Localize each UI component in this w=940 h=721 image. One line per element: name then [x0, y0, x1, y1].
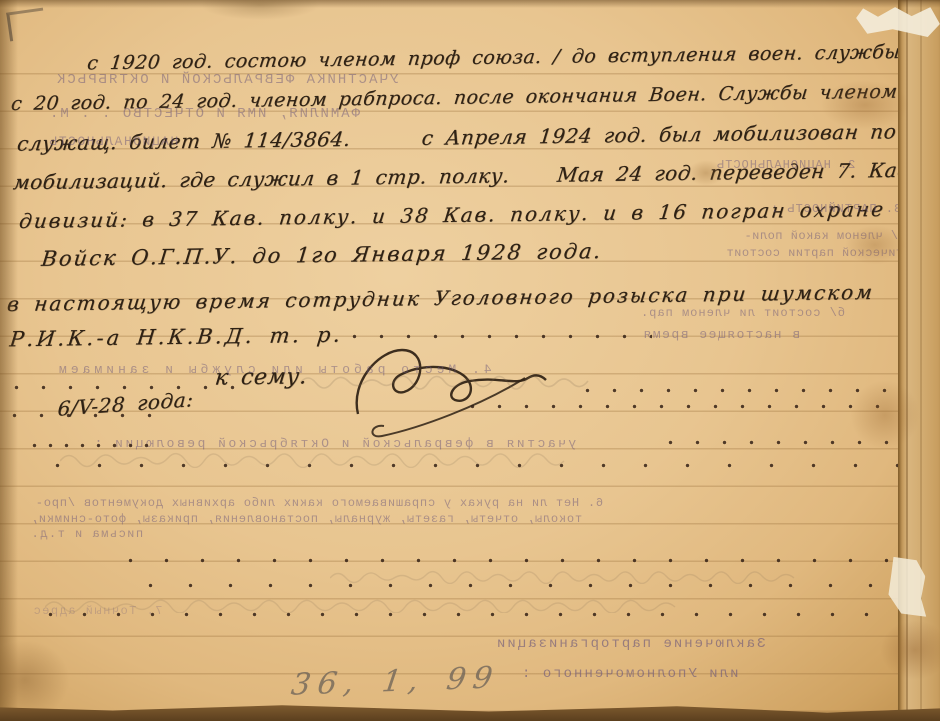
pencil-page-number: 36, 1, 99 — [289, 660, 502, 702]
page-bottom-edge — [0, 700, 940, 721]
bleedthrough-line: участия в февральской и Октябрьской рево… — [92, 436, 576, 451]
bleedthrough-line: а/ членом какой поли- — [744, 229, 906, 243]
dotted-line — [470, 404, 928, 409]
bleedthrough-line: в настоящее время — [642, 327, 800, 342]
page-top-edge-shadow — [0, 0, 940, 8]
bleedthrough-line: тической партии состоит — [726, 246, 903, 260]
bleedthrough-line: или Уполномоченного : — [520, 666, 738, 682]
dotted-line — [128, 558, 928, 563]
dotted-line — [14, 385, 246, 390]
dotted-line — [352, 334, 652, 339]
page-left-edge-shadow — [0, 0, 18, 721]
handwritten-line: с 1920 год. состою членом проф союза. / … — [86, 40, 940, 75]
bleedthrough-line: 3. ПАРТИЙНОСТЬ : — [770, 202, 901, 216]
bleedthrough-line: УЧАСТНИКА ФЕВРАЛЬСКОЙ И ОКТЯБРЬСК — [55, 72, 398, 88]
bleedthrough-line: ФАМИЛИЯ, ИМЯ И ОТЧЕСТВО . . М. — [48, 106, 360, 122]
dotted-line — [32, 443, 152, 448]
bleedthrough-line: 6. Нет ли на руках у спрашиваемого каких… — [35, 496, 603, 510]
handwritten-line: Войск О.Г.П.У. до 1го Января 1928 года. — [40, 239, 603, 271]
dotted-line — [585, 388, 930, 393]
faint-scribble — [60, 450, 580, 468]
dotted-line — [668, 440, 926, 445]
bleedthrough-line: токолы, отчеты, газеты, журналы, постано… — [30, 512, 582, 526]
bleedthrough-line: НАЦИОНАЛЬНОСТЬ — [48, 134, 178, 149]
bleedthrough-line: письма и т.д. — [30, 527, 143, 541]
bleedthrough-line: Заключение парторганизации — [495, 636, 765, 652]
dotted-line — [12, 413, 170, 418]
faint-scribble — [45, 597, 685, 613]
pencil-corner-mark — [6, 8, 47, 42]
faint-scribble — [330, 568, 810, 584]
bleedthrough-line: б/ состоит ли членом пар. — [640, 306, 845, 320]
bleedthrough-line: 2. НАЦИОНАЛЬНОСТЬ — [716, 158, 855, 172]
faint-scribble — [300, 372, 600, 390]
scanned-document-page: с 1920 год. состою членом проф союза. / … — [0, 0, 940, 721]
handwritten-line: дивизий: в 37 Кав. полку. и 38 Кав. полк… — [18, 197, 886, 233]
handwritten-line: Р.И.К.-а Н.К.В.Д. т. р. — [8, 323, 344, 352]
